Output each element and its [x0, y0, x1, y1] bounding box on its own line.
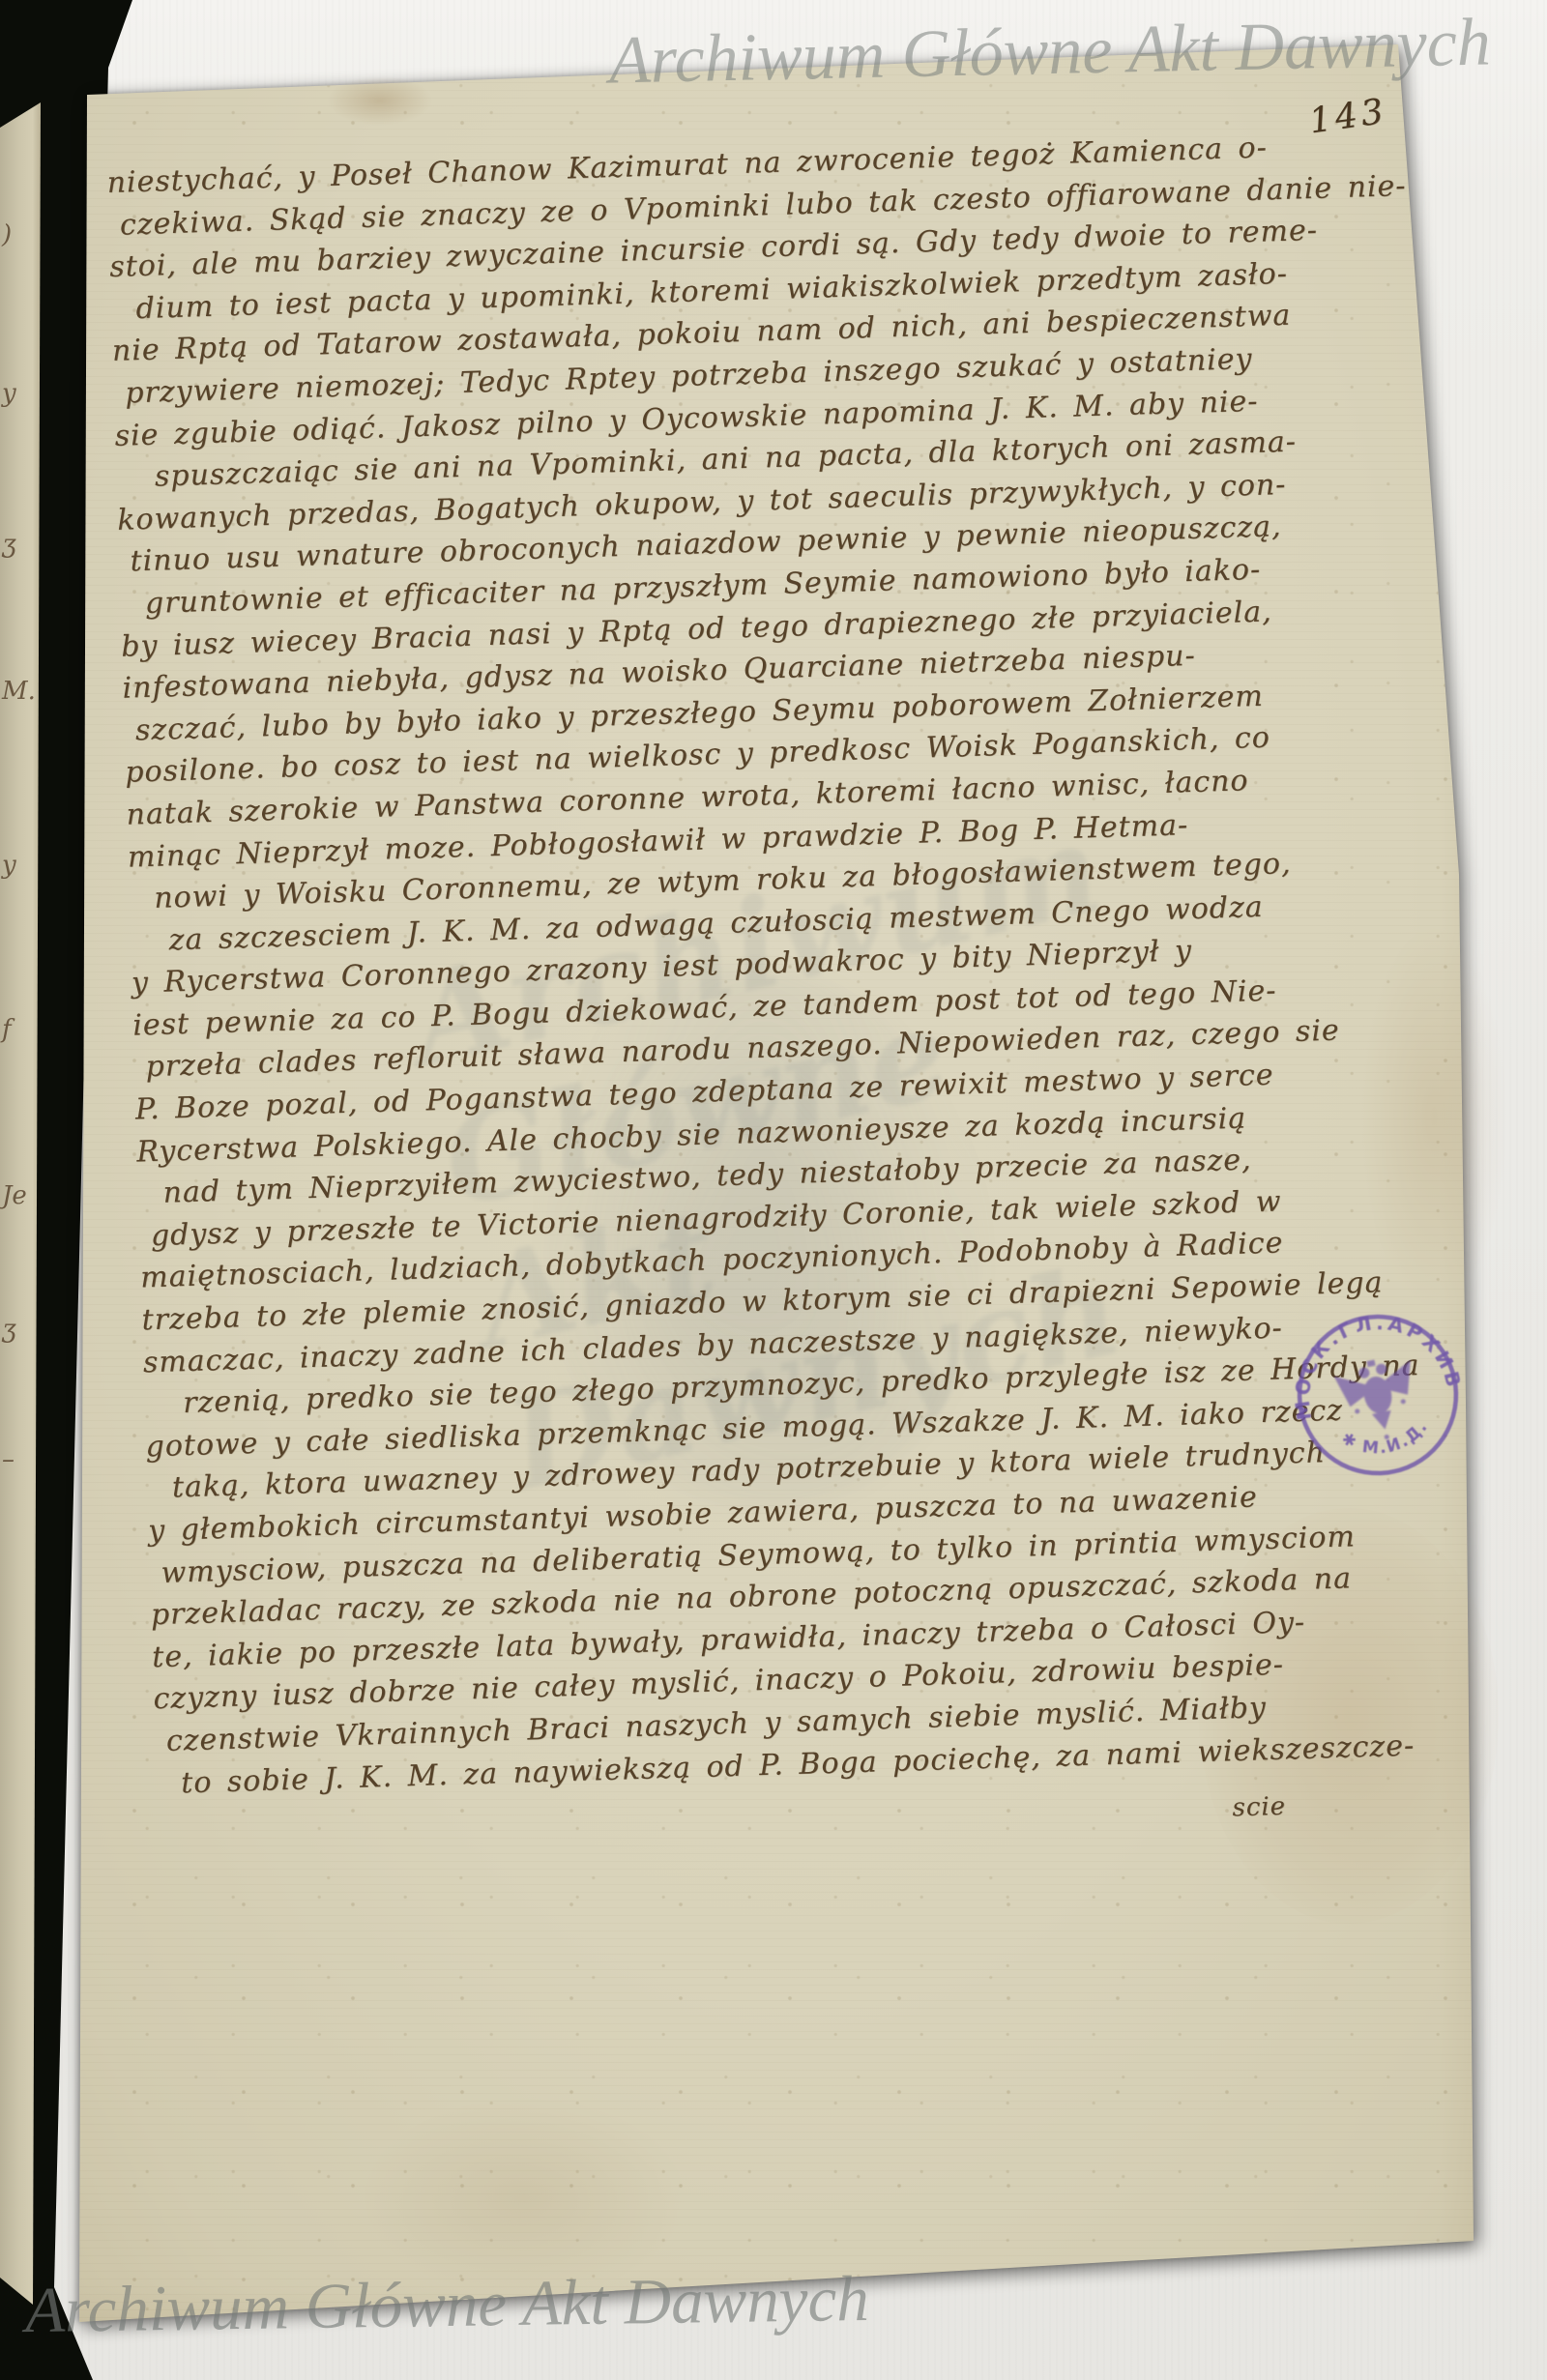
archive-watermark-bottom: Archiwum Główne Akt Dawnych — [25, 2262, 870, 2348]
marginal-ink-fragment: ʒ — [2, 1315, 31, 1344]
marginal-ink-fragment: y — [2, 851, 31, 880]
manuscript-text-block: niestychać, y Poseł Chanow Kazimurat na … — [106, 125, 1403, 1806]
marginal-ink-fragment: ) — [2, 220, 31, 249]
marginal-ink-fragment: – — [2, 1445, 31, 1474]
archival-scan-canvas: Archiwum Główne Akt Dawnych 143 niestych… — [0, 0, 1547, 2380]
marginal-ink-fragment: ʒ — [2, 530, 31, 559]
marginal-ink-fragment: Je — [2, 1181, 31, 1210]
marginal-ink-fragment: y — [2, 379, 31, 408]
archive-round-stamp: МОСК.ГЛ.АРХИВЪ ✱ М.И.Д. ✱ — [1275, 1292, 1479, 1496]
marginal-ink-fragment: f — [2, 1015, 31, 1044]
marginal-ink-fragment: M. — [2, 677, 31, 706]
